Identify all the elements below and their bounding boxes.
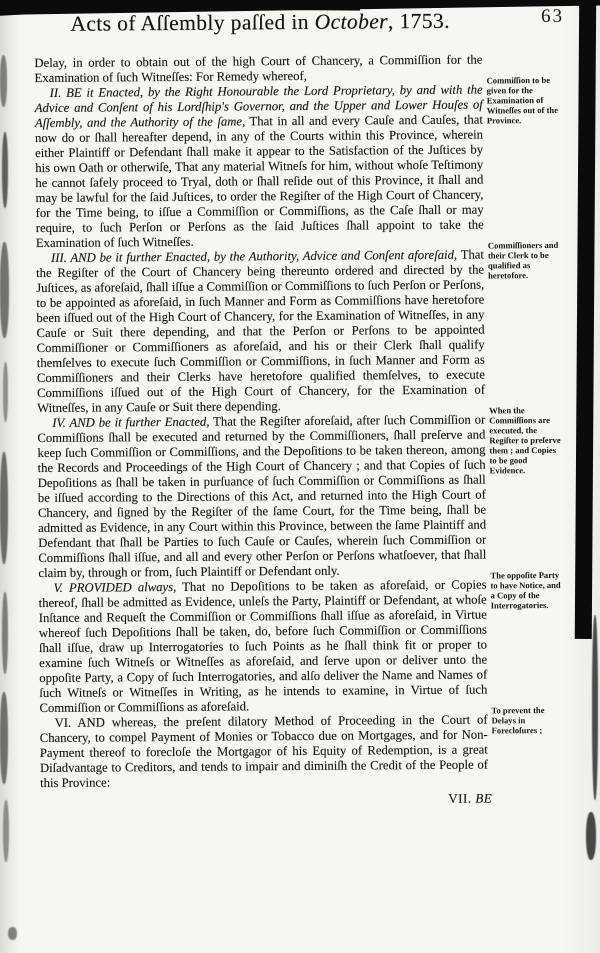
scan-artifact-left-edge: [2, 132, 8, 208]
page-number: 63: [541, 6, 564, 28]
scan-artifact-left-edge: [0, 692, 8, 784]
paragraph-text: VI. AND whereas, the preſent dilatory Me…: [40, 712, 488, 790]
act-paragraph: IV. AND be it further Enacted, That the …: [37, 412, 486, 581]
scan-artifact-left-edge: [0, 242, 9, 338]
scan-artifact-left-edge: [3, 362, 8, 422]
margin-note-iii: Commiſſioners and their Clerk to be qual…: [488, 240, 560, 281]
margin-note-iv: When the Commiſſions are executed, the R…: [489, 405, 562, 476]
catchword-number: VII.: [448, 791, 471, 806]
running-title-month: October: [315, 9, 388, 34]
catchword-word: BE: [475, 790, 492, 805]
paragraph-text: Delay, in order to obtain out of the hig…: [34, 52, 482, 85]
scanned-page: Acts of Aſſembly paſſed in October, 1753…: [0, 0, 600, 953]
catchword: VII. BE: [40, 790, 492, 809]
scan-artifact-left-edge: [0, 452, 8, 564]
margin-note-ii: Commiſſion to be given for the Examinati…: [487, 75, 559, 126]
page-content: Acts of Aſſembly paſſed in October, 1753…: [34, 8, 584, 809]
running-title-suffix: , 1753.: [388, 9, 450, 33]
section-iv: IV. AND be it further Enacted, That the …: [37, 412, 582, 581]
paragraph-text: That the Regiſter aforeſaid, after ſuch …: [37, 412, 486, 580]
running-title-prefix: Acts of Aſſembly paſſed in: [70, 10, 314, 36]
scan-artifact-left-edge: [2, 592, 8, 674]
act-text: Delay, in order to obtain out of the hig…: [34, 52, 584, 809]
paragraph-text: That no Depoſitions to be taken as afore…: [39, 577, 488, 715]
section-ii: II. BE it Enacted, by the Right Honourab…: [35, 82, 580, 251]
paragraph-text: That the Regiſter of the Court of Chance…: [36, 247, 485, 415]
scan-artifact-left-edge: [0, 55, 7, 107]
margin-note-vi: To prevent the Delays in Forecloſures ;: [491, 705, 563, 736]
margin-note-v: The oppoſite Party to have Notice, and a…: [490, 570, 562, 611]
section-iii: III. AND be it further Enacted, by the A…: [36, 247, 581, 416]
act-paragraph: II. BE it Enacted, by the Right Honourab…: [35, 82, 484, 251]
scan-artifact-right-low: [592, 615, 598, 800]
section-v: V. PROVIDED always, That no Depoſitions …: [38, 577, 583, 716]
scan-artifact-right-speck: [586, 812, 596, 860]
proviso-clause: V. PROVIDED always,: [53, 580, 176, 595]
paragraph-text: That in all and every Cauſe and Cauſes, …: [35, 112, 484, 250]
section-vi: VI. AND whereas, the preſent dilatory Me…: [40, 712, 585, 791]
scan-artifact-left-edge: [3, 800, 9, 862]
act-paragraph: III. AND be it further Enacted, by the A…: [36, 247, 485, 416]
act-paragraph: Delay, in order to obtain out of the hig…: [34, 52, 482, 86]
act-paragraph: V. PROVIDED always, That no Depoſitions …: [38, 577, 487, 716]
act-paragraph: VI. AND whereas, the preſent dilatory Me…: [40, 712, 489, 791]
scan-artifact-bottom-left: [8, 927, 17, 940]
running-title: Acts of Aſſembly paſſed in October, 1753…: [34, 8, 486, 37]
page-header: Acts of Aſſembly paſſed in October, 1753…: [34, 8, 578, 56]
enacting-clause: IV. AND be it further Enacted,: [52, 415, 209, 430]
